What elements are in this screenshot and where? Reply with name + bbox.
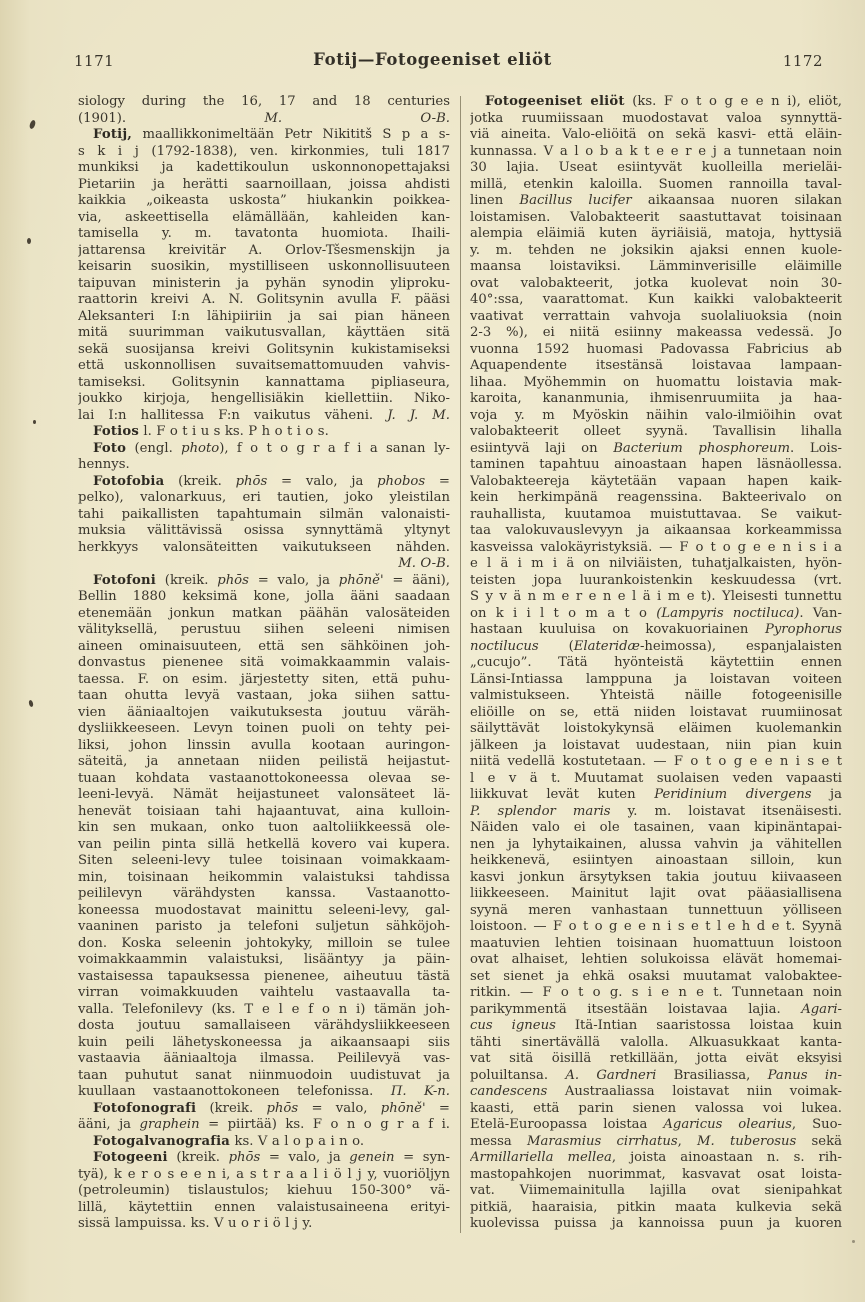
text-line: Fotogeeniset eliöt (ks. F o t o g e e n … — [470, 94, 842, 111]
text-line: joukko kirjoja, hengellisiäkin kielletti… — [78, 391, 450, 408]
text-line: pitkiä, haaraisia, pitkin maata kulkevia… — [470, 1200, 842, 1217]
text-line: kasvi jonkun ärsytyksen takia joutuu kii… — [470, 870, 842, 887]
text-line: viä aineita. Valo-eliöitä on sekä kasvi-… — [470, 127, 842, 144]
text-line: kaikkia „oikeasta uskosta” hiukankin poi… — [78, 193, 450, 210]
text-line: e l ä i m i ä on nilviäisten, tuhatjalka… — [470, 556, 842, 573]
text-line: vat. Viimemainitulla lajilla ovat sienip… — [470, 1183, 842, 1200]
text-line: loistoon. — F o t o g e e n i s e t l e … — [470, 919, 842, 936]
scan-speck — [852, 1240, 855, 1243]
text-line: herkkyys valonsäteitten vaikutukseen näh… — [78, 540, 450, 557]
text-line: l e v ä t. Muutamat suolaisen veden vapa… — [470, 771, 842, 788]
text-line: messa Marasmius cirrhatus, M. tuberosus … — [470, 1134, 842, 1151]
left-column: siology during the 16, 17 and 18 centuri… — [78, 94, 450, 1233]
text-line: lillä, käytettiin ennen valaistusaineena… — [78, 1200, 450, 1217]
text-line: poluiltansa. A. Gardneri Brasiliassa, Pa… — [470, 1068, 842, 1085]
text-line: linen Bacillus lucifer aikaansaa nuoren … — [470, 193, 842, 210]
text-line: Fotogeeni (kreik. phōs = valo, ja genein… — [78, 1150, 450, 1167]
text-line: peililevyn värähdysten kanssa. Vastaanot… — [78, 886, 450, 903]
text-line: sissä lampuissa. ks. V u o r i ö l j y. — [78, 1216, 450, 1233]
text-line: Etelä-Euroopassa loistaa Agaricus oleari… — [470, 1117, 842, 1134]
text-line: kunnassa. V a l o b a k t e e r e j a tu… — [470, 144, 842, 161]
text-line: on k i i l t o m a t o (Lampyris noctilu… — [470, 606, 842, 623]
text-line: kuin peili lähetyskoneessa ja aikaansaap… — [78, 1035, 450, 1052]
text-line: valobakteerit olleet syynä. Tavallisin l… — [470, 424, 842, 441]
text-line: 2-3 %), ei niitä esiinny makeassa vedess… — [470, 325, 842, 342]
text-line: ritkin. — F o t o g. s i e n e t. Tunnet… — [470, 985, 842, 1002]
text-line: nen ja lyhytaikainen, alussa vahvin ja v… — [470, 837, 842, 854]
text-line: tamisella y. m. tavatonta huomiota. Ihai… — [78, 226, 450, 243]
text-line: tähti sinertävällä valolla. Alkuasukkaat… — [470, 1035, 842, 1052]
text-line: aineen ominaisuuteen, että sen sähköinen… — [78, 639, 450, 656]
column-divider-rule — [460, 96, 461, 1233]
text-line: Fotij, maallikkonimeltään Petr Nikititš … — [78, 127, 450, 144]
text-line: vaativat verrattain vahvoja suolaliuoksi… — [470, 309, 842, 326]
text-line: lai I:n hallitessa F:n vaikutus väheni. … — [78, 408, 450, 425]
text-line: heikkenevä, esiintyen ainoastaan silloin… — [470, 853, 842, 870]
text-line: Foto (engl. photo), f o t o g r a f i a … — [78, 441, 450, 458]
text-line: (1901). M. O-B. — [78, 111, 450, 128]
text-line: välityksellä, perustuu siihen seleeni ni… — [78, 622, 450, 639]
text-line: valla. Telefonilevy (ks. T e l e f o n i… — [78, 1002, 450, 1019]
text-line: jattarensa kreivitär A. Orlov-Tšesmenski… — [78, 243, 450, 260]
text-line: candescens Austraaliassa loistavat niin … — [470, 1084, 842, 1101]
scan-speck — [29, 119, 37, 129]
text-line: donvastus pienenee sitä voimakkaammin va… — [78, 655, 450, 672]
encyclopedia-page: 1171 Fotij—Fotogeeniset eliöt 1172 siolo… — [0, 0, 865, 1302]
text-line: parikymmentä itsestään loistavaa lajia. … — [470, 1002, 842, 1019]
text-line: Pietariin ja herätti saarnoillaan, joiss… — [78, 177, 450, 194]
text-line: cus igneus Itä-Intian saaristossa loista… — [470, 1018, 842, 1035]
text-line: vastaisessa tapauksessa pienenee, aiheut… — [78, 969, 450, 986]
text-line: rauhallista, kuutamoa muistuttavaa. Se v… — [470, 507, 842, 524]
text-line: mastopahkojen nuorimmat, kasvavat osat l… — [470, 1167, 842, 1184]
running-title: Fotij—Fotogeeniset eliöt — [0, 50, 865, 69]
text-line: tamiseksi. Golitsynin kannattama piplias… — [78, 375, 450, 392]
text-line: dosta joutuu samallaiseen värähdysliikke… — [78, 1018, 450, 1035]
text-line: lihaa. Myöhemmin on huomattu loistavia m… — [470, 375, 842, 392]
text-line: van peilin pinta sillä hetkellä kovero v… — [78, 837, 450, 854]
text-line: Fotofoni (kreik. phōs = valo, ja phōně' … — [78, 573, 450, 590]
text-line: via, askeettisella elämällään, kahleiden… — [78, 210, 450, 227]
text-line: set sienet ja ehkä osaksi muutamat valob… — [470, 969, 842, 986]
text-line: syynä meren vanhastaan tunnettuun yöllis… — [470, 903, 842, 920]
text-line: P. splendor maris y. m. loistavat itsenä… — [470, 804, 842, 821]
text-line: s k i j (1792-1838), ven. kirkonmies, tu… — [78, 144, 450, 161]
text-line: liikkuvat levät kuten Peridinium diverge… — [470, 787, 842, 804]
text-line: don. Koska seleenin johtokyky, milloin s… — [78, 936, 450, 953]
scan-speck — [33, 420, 36, 424]
text-line: pelko), valonarkuus, eri tautien, joko y… — [78, 490, 450, 507]
text-line: tahi paikallisten tapahtumain silmän val… — [78, 507, 450, 524]
text-line: säilyttävät loistokykynsä eläimen kuolem… — [470, 721, 842, 738]
text-line: muksia välittävissä osissa synnyttämä yl… — [78, 523, 450, 540]
text-line: kuolevissa puissa ja kannoissa puun ja k… — [470, 1216, 842, 1233]
text-line: vat sitä öisillä retkillään, jotta eivät… — [470, 1051, 842, 1068]
text-line: teisten jopa luurankoistenkin keskuudess… — [470, 573, 842, 590]
text-line: 30 lajia. Useat esiintyvät kuolleilla me… — [470, 160, 842, 177]
text-line: leeni-levyä. Nämät heijastuneet valonsät… — [78, 787, 450, 804]
text-line: ovat alhaiset, lehtien solukoissa elävät… — [470, 952, 842, 969]
text-line: jälkeen ja loistavat uudestaan, niin pia… — [470, 738, 842, 755]
text-line: (petroleumin) tislaustulos; kiehuu 150-3… — [78, 1183, 450, 1200]
text-block: siology during the 16, 17 and 18 centuri… — [78, 94, 842, 1233]
text-line: mitä suurimman vaikutusvallan, käyttäen … — [78, 325, 450, 342]
text-line: Armillariella mellea, joista ainoastaan … — [470, 1150, 842, 1167]
text-line: y. m. tehden ne joksikin ajaksi ennen ku… — [470, 243, 842, 260]
text-line: sekä suosijansa kreivi Golitsynin kukist… — [78, 342, 450, 359]
text-line: kein herkimpänä reagenssina. Bakteerival… — [470, 490, 842, 507]
text-line: noctilucus (Elateridæ-heimossa), espanja… — [470, 639, 842, 656]
text-line: taan puhutut sanat niinmuodoin uudistuva… — [78, 1068, 450, 1085]
text-line: että uskonnollisen suvaitsemattomuuden v… — [78, 358, 450, 375]
text-line: min, toisinaan heikommin valaistuksi tah… — [78, 870, 450, 887]
text-line: tuaan kohdata vastaanottokoneessa olevaa… — [78, 771, 450, 788]
text-line: hennys. — [78, 457, 450, 474]
text-line: Siten seleeni-levy tulee toisinaan voima… — [78, 853, 450, 870]
scan-speck — [27, 238, 31, 244]
text-line: ääni, ja graphein = piirtää) ks. F o n o… — [78, 1117, 450, 1134]
text-line: Fotofonografi (kreik. phōs = valo, phōně… — [78, 1101, 450, 1118]
text-line: Fotogalvanografia ks. V a l o p a i n o. — [78, 1134, 450, 1151]
text-line: eliöille on se, että niiden loistavat ru… — [470, 705, 842, 722]
text-line: maansa loistaviksi. Lämminverisille eläi… — [470, 259, 842, 276]
page-header: 1171 Fotij—Fotogeeniset eliöt 1172 — [0, 50, 865, 74]
text-line: liikkeeseen. Mainitut lajit ovat pääasia… — [470, 886, 842, 903]
text-line: 40°:ssa, vaarattomat. Kun kaikki valobak… — [470, 292, 842, 309]
text-line: raattorin kreivi A. N. Golitsynin avulla… — [78, 292, 450, 309]
text-line: M. O-B. — [78, 556, 450, 573]
text-line: millä, etenkin kaloilla. Suomen rannoill… — [470, 177, 842, 194]
text-line: säteitä, ja annetaan niiden peilistä hei… — [78, 754, 450, 771]
text-line: Fotofobia (kreik. phōs = valo, ja phobos… — [78, 474, 450, 491]
text-line: kaasti, että parin sienen valossa voi lu… — [470, 1101, 842, 1118]
text-line: Länsi-Intiassa lamppuna ja loistavan voi… — [470, 672, 842, 689]
text-line: alempia eläimiä kuten äyriäisiä, matoja,… — [470, 226, 842, 243]
text-line: „cucujo”. Tätä hyönteistä käytettiin enn… — [470, 655, 842, 672]
text-line: vien ääniaaltojen vaikutuksesta joutuu v… — [78, 705, 450, 722]
text-line: vaaninen paristo ja telefoni suljetun sä… — [78, 919, 450, 936]
text-line: karoita, kananmunia, ihmisenruumiita ja … — [470, 391, 842, 408]
text-line: liksi, johon linssin avulla kootaan auri… — [78, 738, 450, 755]
text-line: koneessa muodostavat mainittu seleeni-le… — [78, 903, 450, 920]
text-line: Valobakteereja käytetään vapaan hapen ka… — [470, 474, 842, 491]
scan-speck — [28, 700, 34, 708]
text-line: jotka ruumiissaan muodostavat valoa synn… — [470, 111, 842, 128]
text-line: loistamisen. Valobakteerit saastuttavat … — [470, 210, 842, 227]
text-line: taipuvan ministerin ja pyhän synodin yli… — [78, 276, 450, 293]
text-line: Aquapendente itsestänsä loistavaa lampaa… — [470, 358, 842, 375]
text-line: kasveissa valokäyristyksiä. — F o t o g … — [470, 540, 842, 557]
text-line: esiintyvä laji on Bacterium phosphoreum.… — [470, 441, 842, 458]
text-line: kuullaan vastaanottokoneen telefonissa. … — [78, 1084, 450, 1101]
text-line: siology during the 16, 17 and 18 centuri… — [78, 94, 450, 111]
text-line: tyä), k e r o s e e n i, a s t r a a l i… — [78, 1167, 450, 1184]
text-line: keisarin suosikin, mystilliseen uskonnol… — [78, 259, 450, 276]
text-line: taminen tapahtuu ainoastaan hapen läsnäo… — [470, 457, 842, 474]
text-line: vuonna 1592 huomasi Padovassa Fabricius … — [470, 342, 842, 359]
text-line: henevät toisiaan tahi hajaantuvat, aina … — [78, 804, 450, 821]
text-line: Näiden valo ei ole tasainen, vaan kipinä… — [470, 820, 842, 837]
text-line: maatuvien lehtien toisinaan huomattuun l… — [470, 936, 842, 953]
page-number-right: 1172 — [783, 52, 823, 70]
text-line: Bellin 1880 keksimä kone, jolla ääni saa… — [78, 589, 450, 606]
text-line: Aleksanteri I:n lähipiiriin ja sai pian … — [78, 309, 450, 326]
text-line: taessa. F. on esim. järjestetty siten, e… — [78, 672, 450, 689]
text-line: munkiksi ja kadettikoulun uskonnonopetta… — [78, 160, 450, 177]
text-line: hastaan kuuluisa on kovakuoriainen Pyrop… — [470, 622, 842, 639]
text-line: voimakkaammin valaistuksi, lisääntyy ja … — [78, 952, 450, 969]
text-line: voja y. m Myöskin näihin valo-ilmiöihin … — [470, 408, 842, 425]
text-line: valmistukseen. Yhteistä näille fotogeeni… — [470, 688, 842, 705]
text-line: S y v ä n m e r e n e l ä i m e t). Ylei… — [470, 589, 842, 606]
text-line: taan ohutta levyä vastaan, joka siihen s… — [78, 688, 450, 705]
text-line: kin sen mukaan, onko tuon aaltoliikkeess… — [78, 820, 450, 837]
text-line: Fotios l. F o t i u s ks. P h o t i o s. — [78, 424, 450, 441]
text-line: etenemään jonkun matkan päähän valosätei… — [78, 606, 450, 623]
text-line: virran voimakkuuden vaihtelu vastaavalla… — [78, 985, 450, 1002]
text-line: niitä vedellä kostutetaan. — F o t o g e… — [470, 754, 842, 771]
right-column: Fotogeeniset eliöt (ks. F o t o g e e n … — [470, 94, 842, 1233]
text-line: taa valokuvauslevyyn ja aikaansaa korkea… — [470, 523, 842, 540]
text-line: vastaavia ääniaaltoja ilmassa. Peililevy… — [78, 1051, 450, 1068]
text-line: ovat valobakteerit, jotka kuolevat noin … — [470, 276, 842, 293]
text-line: dysliikkeeseen. Levyn toinen puoli on te… — [78, 721, 450, 738]
